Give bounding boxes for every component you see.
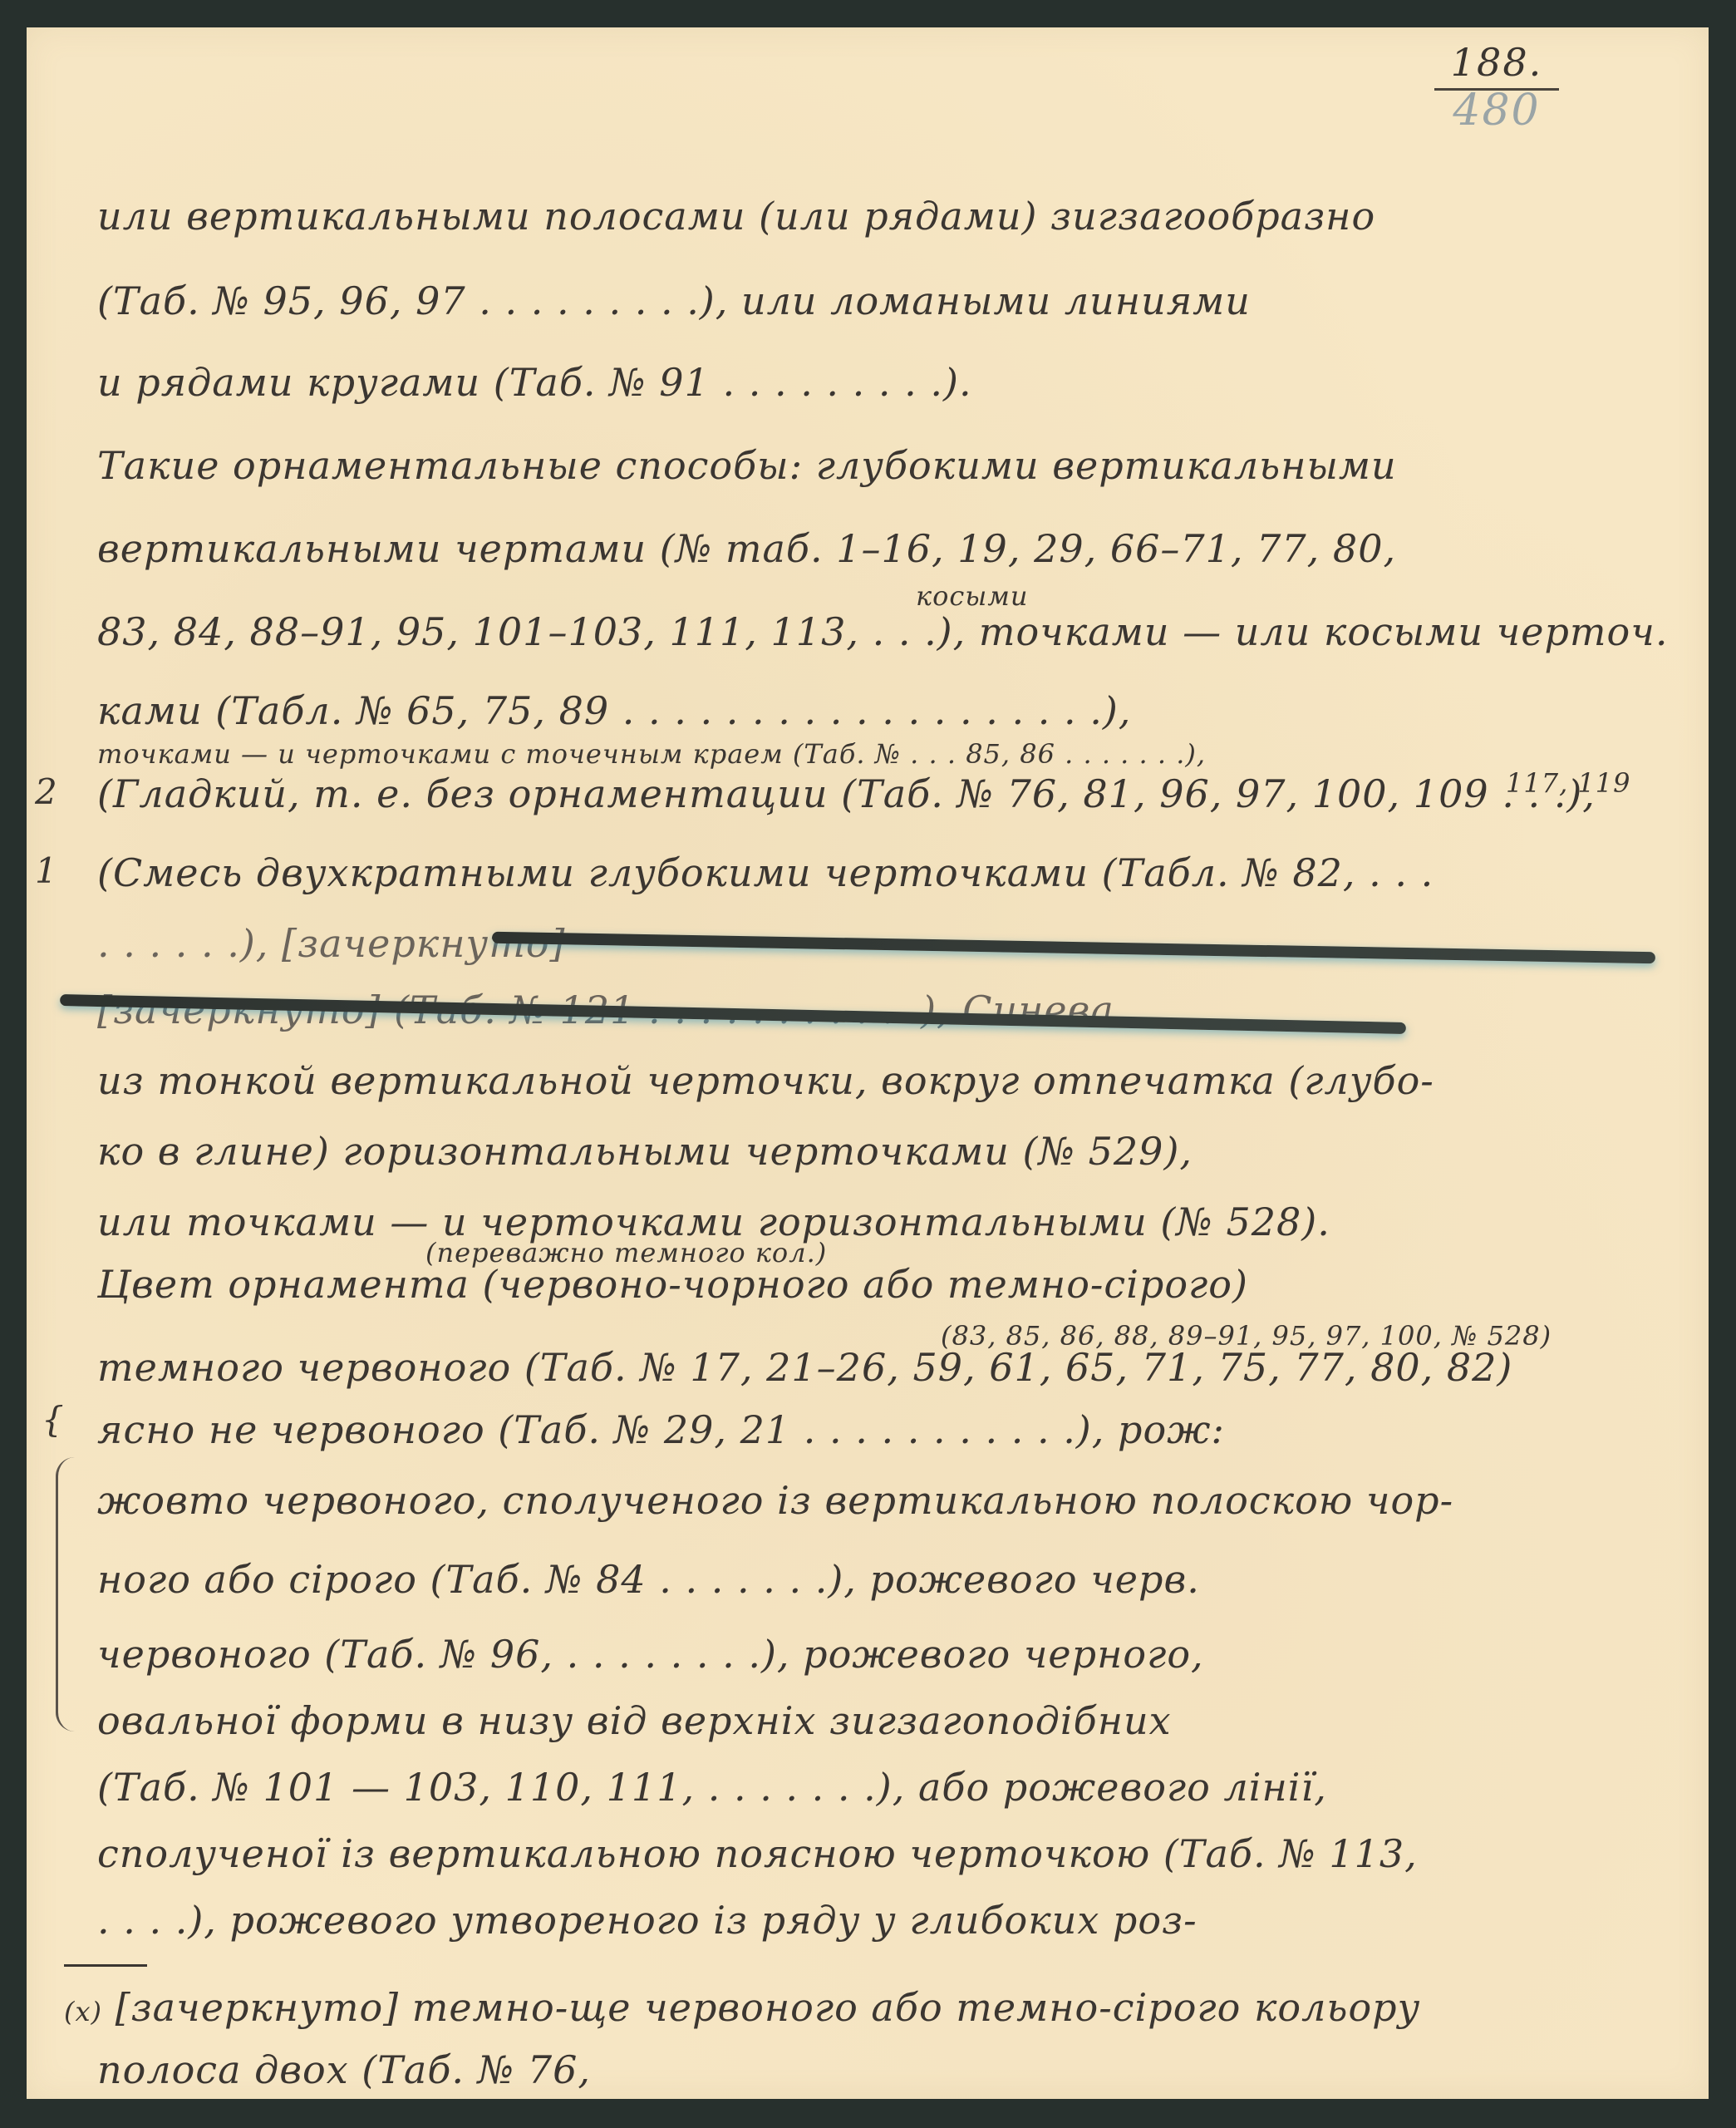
text-line: и рядами кругами (Таб. № 91 . . . . . . … bbox=[97, 360, 1659, 405]
footnote-text: [зачеркнуто] темно-ще червоного або темн… bbox=[116, 1985, 1421, 2030]
footnote-marker: (x) bbox=[64, 1996, 102, 2027]
text-line: ясно не червоного (Таб. № 29, 21 . . . .… bbox=[97, 1407, 1659, 1452]
text-line: червоного (Таб. № 96, . . . . . . . .), … bbox=[97, 1632, 1659, 1677]
text-line: темного червоного (Таб. № 17, 21–26, 59,… bbox=[97, 1345, 1659, 1390]
text-line: из тонкой вертикальной черточки, вокруг … bbox=[97, 1058, 1659, 1103]
text-line: овальної форми в низу від верхніх зигзаг… bbox=[97, 1698, 1659, 1743]
text-line: Такие орнаментальные способы: глубокими … bbox=[97, 443, 1659, 488]
manuscript-page: 188. 480 или вертикальными полосами (или… bbox=[27, 27, 1709, 2099]
text-line: или вертикальными полосами (или рядами) … bbox=[97, 194, 1659, 239]
text-line: ко в глине) горизонтальными черточками (… bbox=[97, 1129, 1659, 1174]
text-line-inserted: точками — и черточками с точечным краем … bbox=[97, 738, 1659, 770]
archive-number: 480 bbox=[1434, 86, 1559, 135]
footnote-divider bbox=[64, 1964, 147, 1967]
margin-bracket bbox=[56, 1457, 75, 1731]
margin-number-2: 2 bbox=[35, 771, 57, 812]
text-line: (Смесь двухкратными глубокими черточками… bbox=[97, 850, 1659, 895]
margin-brace: { bbox=[42, 1399, 64, 1440]
text-line: 83, 84, 88–91, 95, 101–103, 111, 113, . … bbox=[97, 609, 1659, 654]
text-line: (Гладкий, т. е. без орнаментации (Таб. №… bbox=[97, 771, 1659, 816]
superscript-insertion: косыми bbox=[916, 580, 1659, 612]
margin-number-1: 1 bbox=[35, 850, 57, 891]
folio-number: 188. 480 bbox=[1434, 40, 1559, 135]
footnote-line: полоса двох (Таб. № 76, bbox=[97, 2047, 1659, 2092]
text-line: (Таб. № 101 — 103, 110, 111, . . . . . .… bbox=[97, 1765, 1659, 1810]
text-line: сполученої із вертикальною поясною черто… bbox=[97, 1831, 1659, 1876]
text-line: Цвет орнамента (червоно-чорного або темн… bbox=[97, 1262, 1659, 1307]
text-line: ного або сірого (Таб. № 84 . . . . . . .… bbox=[97, 1557, 1659, 1602]
text-line: (Таб. № 95, 96, 97 . . . . . . . . .), и… bbox=[97, 278, 1659, 323]
text-line: . . . .), рожевого утвореного із ряду у … bbox=[97, 1898, 1659, 1943]
footnote-line: (x) [зачеркнуто] темно-ще червоного або … bbox=[64, 1985, 1659, 2030]
superscript-insertion: 117, 119 bbox=[1506, 767, 1659, 799]
text-line: вертикальными чертами (№ таб. 1–16, 19, … bbox=[97, 526, 1659, 571]
page-number: 188. bbox=[1434, 40, 1559, 85]
text-line: жовто червоного, сполученого із вертикал… bbox=[97, 1478, 1659, 1523]
text-line: ками (Табл. № 65, 75, 89 . . . . . . . .… bbox=[97, 688, 1659, 733]
